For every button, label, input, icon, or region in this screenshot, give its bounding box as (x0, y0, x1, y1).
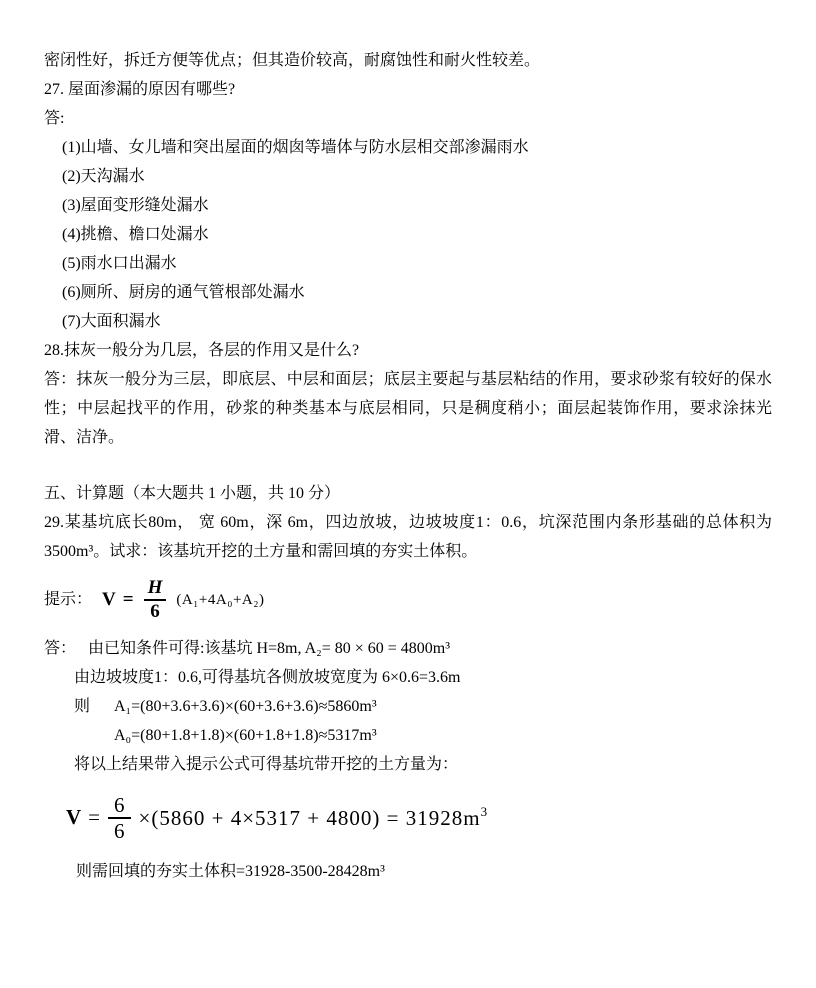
hint-formula: 提示： V = H 6 (A₁+4A₀+A₂) (44, 574, 772, 626)
a1-equation: A₁=(80+3.6+3.6)×(60+3.6+3.6)≈5860m³ (114, 698, 377, 715)
volume-fraction-numerator: 6 (108, 793, 131, 817)
q28-answer: 答：抹灰一般分为三层，即底层、中层和面层；底层主要起与基层粘结的作用，要求砂浆有… (44, 365, 772, 452)
q27-cause-3: (3)屋面变形缝处漏水 (44, 191, 772, 220)
q27-cause-1: (1)山墙、女儿墙和突出屋面的烟囱等墙体与防水层相交部渗漏雨水 (44, 133, 772, 162)
q29-answer-line1: 由已知条件可得:该基坑 H=8m, A₂= 80 × 60 = 4800m³ (88, 640, 450, 657)
volume-formula-rhs: ×(5860 + 4×5317 + 4800) = 31928m3 (139, 804, 489, 831)
blank-spacer (44, 452, 772, 479)
volume-formula: V = 6 6 ×(5860 + 4×5317 + 4800) = 31928m… (66, 789, 772, 847)
q27-cause-2: (2)天沟漏水 (44, 162, 772, 191)
intro-text: 密闭性好，拆迁方便等优点；但其造价较高，耐腐蚀性和耐火性较差。 (44, 46, 772, 75)
q27-cause-6: (6)厕所、厨房的通气管根部处漏水 (44, 278, 772, 307)
a0-equation: A₀=(80+1.8+1.8)×(60+1.8+1.8)≈5317m³ (114, 721, 772, 750)
hint-formula-lhs: V (102, 589, 117, 612)
q29-answer-a1-row: 则A₁=(80+3.6+3.6)×(60+3.6+3.6)≈5860m³ (74, 692, 772, 721)
hint-formula-equals: = (123, 589, 134, 612)
q29-answer-label: 答： (44, 640, 76, 657)
q27-cause-5: (5)雨水口出漏水 (44, 249, 772, 278)
volume-fraction-denominator: 6 (108, 817, 131, 843)
volume-formula-equals: = (88, 805, 100, 830)
q29-answer-start: 答：由已知条件可得:该基坑 H=8m, A₂= 80 × 60 = 4800m³ (44, 634, 772, 663)
q29-answer-line2: 由边坡坡度1：0.6,可得基坑各侧放坡宽度为 6×0.6=3.6m (74, 663, 772, 692)
volume-formula-superscript: 3 (481, 804, 489, 819)
hint-fraction-denominator: 6 (144, 599, 166, 623)
document-page: 密闭性好，拆迁方便等优点；但其造价较高，耐腐蚀性和耐火性较差。 27. 屋面渗漏… (0, 0, 816, 886)
hint-fraction: H 6 (142, 577, 169, 623)
q27-cause-7: (7)大面积漏水 (44, 307, 772, 336)
hint-fraction-numerator: H (142, 577, 169, 599)
hint-formula-rhs: (A₁+4A₀+A₂) (176, 591, 264, 609)
volume-formula-lhs: V (66, 805, 82, 830)
hint-label: 提示： (44, 590, 92, 609)
backfill-result-line: 则需回填的夯实土体积=31928-3500-28428m³ (76, 857, 772, 886)
section-5-heading: 五、计算题（本大题共 1 小题，共 10 分） (44, 479, 772, 508)
question-27: 27. 屋面渗漏的原因有哪些? (44, 75, 772, 104)
q27-cause-4: (4)挑檐、檐口处漏水 (44, 220, 772, 249)
question-29: 29.某基坑底长80m， 宽 60m，深 6m，四边放坡，边坡坡度1：0.6，坑… (44, 508, 772, 566)
then-label: 则 (74, 692, 114, 721)
q27-answer-label: 答: (44, 104, 772, 133)
q29-answer-transition: 将以上结果带入提示公式可得基坑带开挖的土方量为： (74, 750, 772, 779)
question-28: 28.抹灰一般分为几层，各层的作用又是什么? (44, 336, 772, 365)
volume-fraction: 6 6 (108, 793, 131, 843)
